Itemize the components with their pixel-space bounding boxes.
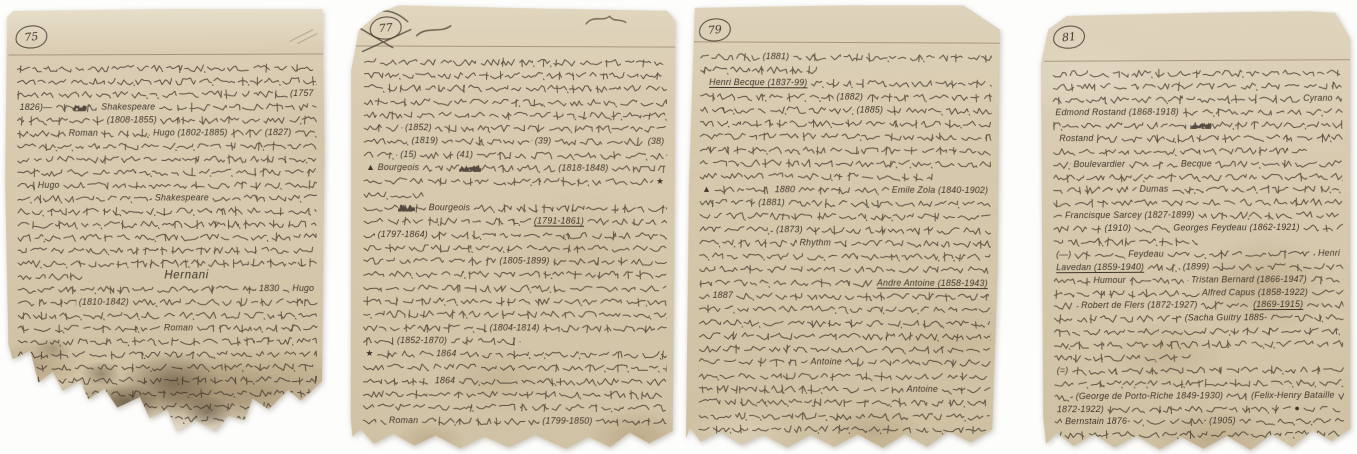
handwriting-scribble [363, 81, 667, 94]
handwriting-scribble [1311, 285, 1343, 297]
handwriting-scribble [698, 381, 903, 394]
handwriting-scribble [1212, 259, 1343, 272]
handwriting-scribble [231, 125, 262, 137]
manuscript-page-77: 77(1852)(1819)(39)(38)(15)(41)▲ Bourgeoi… [349, 3, 677, 450]
handwriting-line: Andre Antoine (1858-1943) [699, 274, 991, 289]
handwriting-scribble [1128, 157, 1178, 169]
text-fragment: (1799-1850) [539, 415, 595, 425]
ink-blot-strikethrough [72, 101, 86, 111]
handwriting-scribble [441, 134, 532, 146]
handwriting-scribble [16, 60, 316, 73]
handwriting-scribble [1182, 104, 1343, 117]
handwriting-line: (1810-1842) [17, 293, 317, 307]
handwriting-line: Francisque Sarcey (1827-1899) [1053, 207, 1343, 221]
text-fragment: (1805-1899) [496, 256, 552, 266]
handwriting-line: Bourgeois [363, 200, 667, 214]
handwriting-scribble [132, 294, 317, 307]
text-fragment: (1869-1915) [1250, 299, 1306, 309]
handwriting-scribble [18, 398, 318, 411]
handwriting-scribble [1270, 311, 1343, 323]
handwriting-line [1054, 336, 1344, 350]
handwriting-line: (Sacha Guitry 1885- [1053, 310, 1343, 324]
handwriting-scribble [435, 121, 668, 134]
handwriting-scribble [363, 200, 398, 212]
blank-gap [82, 269, 160, 281]
handwriting-scribble [55, 100, 72, 112]
handwriting-scribble [699, 115, 991, 128]
handwriting-scribble [364, 54, 668, 67]
handwriting-scribble [420, 147, 454, 159]
text-fragment: (1852-1870) [394, 335, 450, 345]
handwriting-scribble [845, 355, 991, 368]
handwriting-scribble [17, 86, 288, 99]
handwriting-scribble [17, 164, 317, 177]
handwriting-scribble [17, 269, 82, 281]
handwriting-scribble [16, 73, 316, 86]
handwriting-scribble [1053, 286, 1199, 299]
handwriting-line: Edmond Rostand (1868-1918) [1052, 104, 1342, 118]
handwriting-line [363, 186, 424, 200]
handwriting-scribble [1134, 221, 1170, 233]
handwriting-scribble [18, 411, 318, 424]
text-fragment: (1791-1861) [531, 216, 587, 226]
handwriting-line [1053, 234, 1198, 248]
handwriting-scribble [362, 360, 666, 373]
text-fragment: Hugo [35, 179, 63, 189]
handwriting-scribble [415, 201, 426, 213]
handwriting-scribble [806, 222, 991, 235]
handwriting-line [1053, 143, 1308, 157]
handwriting-scribble [17, 178, 35, 190]
handwriting-line [699, 115, 991, 130]
text-fragment: (1881) [755, 197, 788, 207]
handwriting-scribble [17, 191, 152, 203]
handwriting-scribble [17, 126, 66, 138]
handwriting-scribble [810, 76, 991, 89]
handwriting-line [1054, 375, 1344, 389]
handwriting-scribble [699, 302, 991, 315]
handwriting-line [699, 261, 991, 276]
handwriting-scribble [1306, 298, 1343, 310]
handwriting-line: Roman(1799-1850) [362, 412, 666, 426]
text-fragment: Bourgeois [426, 202, 473, 212]
handwriting-scribble [431, 227, 667, 240]
handwriting-scribble [699, 209, 991, 222]
handwriting-line: 1864 [362, 373, 666, 387]
handwriting-line: (1910)Georges Feydeau (1862-1921) [1053, 220, 1343, 234]
handwriting-line [363, 280, 667, 294]
handwriting-scribble [1197, 207, 1342, 220]
handwriting-scribble [1053, 311, 1181, 324]
handwriting-scribble [363, 267, 667, 280]
handwriting-scribble [699, 315, 991, 328]
handwriting-scribble [363, 320, 487, 332]
handwriting-line: (1791-1861) [363, 213, 667, 227]
handwriting-scribble [363, 187, 424, 199]
text-fragment: (1881) [760, 51, 793, 61]
handwriting-scribble [698, 368, 990, 381]
handwriting-scribble [1053, 299, 1078, 311]
handwriting-scribble [363, 280, 667, 293]
handwriting-line [363, 293, 667, 307]
handwriting-line [1052, 78, 1342, 92]
handwriting-line: Rhythm [699, 235, 991, 250]
handwriting-line: Henri Becque (1837-99) [700, 75, 992, 90]
page-number-badge: 77 [369, 15, 403, 41]
text-fragment: Rostand [1056, 133, 1096, 143]
handwriting-scribble [587, 214, 667, 226]
handwriting-line: (1881) [700, 48, 992, 63]
text-fragment: Shakespeare [152, 192, 212, 202]
handwriting-scribble [294, 125, 316, 137]
handwriting-line [698, 394, 990, 409]
handwriting-line: Shakespeare [17, 189, 317, 203]
text-fragment: Henri [1315, 248, 1343, 258]
text-fragment: Georges Feydeau (1862-1921) [1170, 222, 1302, 233]
handwriting-scribble [834, 236, 991, 249]
manuscript-page-81: 81CyranoEdmond Rostand (1868-1918)Rostan… [1039, 9, 1353, 453]
text-fragment: ★ [653, 176, 667, 187]
handwriting-scribble [699, 222, 773, 234]
handwriting-line [17, 228, 317, 242]
text-fragment: (1910) [1101, 223, 1134, 233]
handwriting-line [17, 332, 317, 346]
handwriting-scribble [17, 229, 317, 242]
handwriting-line [699, 141, 991, 156]
text-fragment: (1797-1864) [375, 229, 431, 239]
text-fragment: (41) [454, 149, 476, 159]
handwriting-line [364, 67, 668, 81]
text-fragment: (1810-1842) [76, 296, 132, 306]
handwriting-scribble [17, 138, 317, 151]
header-rule [356, 45, 677, 47]
handwriting-scribble [698, 355, 807, 367]
handwriting-line: BoulevardierBecque [1053, 155, 1343, 169]
handwriting-scribble [1338, 388, 1344, 400]
handwriting-scribble [1052, 92, 1300, 105]
handwriting-scribble [700, 62, 823, 75]
handwriting-scribble [1096, 130, 1342, 143]
handwriting-scribble [792, 49, 992, 62]
handwriting-scribble [1053, 273, 1090, 285]
handwriting-scribble [1303, 220, 1343, 232]
text-fragment: (1882) [833, 91, 866, 101]
handwriting-scribble [1053, 143, 1308, 156]
handwriting-line [17, 241, 317, 255]
handwriting-scribble [1053, 157, 1071, 169]
handwriting-line [18, 384, 318, 398]
handwriting-scribble [1054, 415, 1062, 427]
handwriting-line [17, 254, 317, 268]
handwriting-scribble [1303, 401, 1344, 413]
handwriting-scribble [377, 347, 434, 359]
handwriting-scribble [363, 227, 375, 239]
handwriting-line [363, 107, 667, 121]
text-fragment: Boulevardier [1070, 159, 1128, 169]
handwriting-scribble [363, 147, 397, 159]
handwriting-line: Cyrano [1052, 91, 1342, 105]
handwriting-scribble [788, 196, 991, 209]
handwriting-line: (1852) [363, 120, 667, 134]
handwriting-scribble [362, 387, 666, 400]
text-fragment: Shakespeare [98, 101, 158, 111]
handwriting-line: (1882) [700, 88, 992, 103]
handwriting-scribble [700, 49, 760, 61]
handwriting-line: (1852-1870) [363, 333, 521, 347]
handwriting-line: ★ [363, 173, 667, 187]
handwriting-line [698, 421, 990, 436]
handwriting-scribble [363, 121, 402, 133]
handwriting-line [699, 168, 933, 182]
text-fragment: (1885) [853, 104, 886, 114]
handwriting-line: (1819)(39)(38) [363, 133, 667, 147]
page-wrap-75: 75(17571826)—Shakespeare(1808-1855)Roman… [3, 7, 326, 433]
handwriting-line: (—)FeydeauHenri [1053, 246, 1343, 260]
handwriting-scribble [1054, 375, 1344, 389]
handwriting-line: 1826)—Shakespeare [17, 98, 317, 112]
handwriting-scribble [866, 90, 992, 103]
handwriting-line: Lavedan (1859-1940)(1899) [1053, 259, 1343, 273]
handwriting-scribble [1053, 209, 1062, 221]
handwriting-scribble [1107, 401, 1292, 414]
handwriting-line [363, 306, 667, 320]
text-fragment: Antoine [808, 357, 845, 367]
text-fragment: Becque [1178, 158, 1215, 168]
handwriting-line [1053, 323, 1343, 337]
text-fragment: Emile Zola (1840-1902) [889, 184, 991, 194]
handwriting-line [1054, 426, 1344, 440]
page-wrap-79: 79(1881)Henri Becque (1837-99)(1882)(188… [685, 3, 1001, 450]
handwriting-scribble [212, 190, 317, 202]
text-fragment: ● [1291, 403, 1303, 413]
handwriting-scribble [1053, 234, 1198, 247]
handwriting-scribble [1071, 362, 1343, 375]
handwriting-scribble [363, 293, 667, 306]
text-fragment: Alfred Capus (1858-1922) [1199, 286, 1311, 297]
handwriting-scribble [476, 148, 667, 161]
handwriting-scribble [699, 275, 874, 288]
text-fragment: Roman [386, 415, 421, 425]
text-fragment: Lavedan (1859-1940) [1053, 262, 1147, 272]
text-fragment: ▲ [699, 183, 714, 193]
text-fragment: 1864 [432, 375, 458, 385]
handwriting-scribble [160, 112, 317, 125]
handwriting-scribble [941, 382, 990, 394]
handwriting-scribble [1171, 182, 1342, 195]
handwriting-scribble [17, 346, 317, 359]
handwriting-scribble [699, 142, 991, 155]
handwriting-line: (1873) [699, 221, 991, 236]
handwriting-scribble [17, 295, 76, 307]
text-fragment: (—) [1053, 249, 1074, 259]
handwriting-scribble [362, 373, 431, 385]
handwriting-line [362, 359, 666, 373]
manuscript-photo: 75(17571826)—Shakespeare(1808-1855)Roman… [0, 0, 1357, 454]
handwriting-scribble [1054, 350, 1193, 363]
text-fragment: (1819) [409, 136, 442, 146]
handwriting-scribble [1054, 336, 1344, 350]
handwriting-line: (1808-1855) [17, 111, 317, 125]
handwriting-scribble [473, 201, 667, 214]
handwriting-scribble [17, 281, 256, 294]
handwriting-line [17, 215, 317, 229]
text-fragment: 1872-1922) [1054, 404, 1107, 414]
handwriting-scribble [736, 289, 991, 302]
handwriting-line: Dumas [1053, 181, 1343, 195]
page-number-badge: 75 [14, 24, 48, 50]
handwriting-scribble [1310, 272, 1343, 284]
handwriting-line [699, 208, 991, 223]
handwriting-line [1053, 194, 1343, 208]
text-fragment: 1864 [433, 348, 459, 358]
text-fragment: Roman [161, 322, 196, 332]
text-fragment: (Sacha Guitry 1885- [1182, 312, 1271, 322]
handwriting-lines: (1852)(1819)(39)(38)(15)(41)▲ Bourgeois(… [362, 53, 667, 426]
handwriting-scribble [363, 214, 531, 227]
handwriting-scribble [1336, 91, 1343, 103]
handwriting-line: (1804-1814) [363, 319, 667, 333]
text-fragment: Cyrano [1300, 93, 1336, 103]
handwriting-scribble [886, 103, 991, 115]
handwriting-scribble [1129, 273, 1188, 285]
handwriting-scribble [1054, 389, 1073, 401]
text-fragment: (39) [532, 136, 554, 146]
handwriting-line [17, 163, 317, 177]
handwriting-line [16, 59, 316, 73]
handwriting-line [17, 345, 317, 359]
handwriting-scribble [1053, 195, 1343, 209]
handwriting-scribble [1147, 260, 1180, 272]
text-fragment: Feydeau [1125, 249, 1167, 259]
handwriting-line: (=) [1054, 362, 1344, 376]
text-fragment: Edmond Rostand (1868-1918) [1052, 107, 1182, 118]
text-fragment: (1818-1848) [555, 163, 611, 173]
manuscript-page-79: 79(1881)Henri Becque (1837-99)(1882)(188… [685, 3, 1001, 450]
text-fragment: Hugo [289, 282, 317, 292]
handwriting-scribble [698, 395, 990, 408]
blank-gap [214, 268, 317, 280]
handwriting-line [17, 358, 317, 372]
handwriting-line: RomanHugo (1802-1885)(1827) [17, 124, 317, 138]
handwriting-line: Hernani [17, 267, 317, 281]
handwriting-scribble [63, 177, 317, 190]
text-fragment: (15) [397, 149, 419, 159]
handwriting-scribble [450, 334, 521, 346]
handwriting-scribble [1212, 117, 1343, 130]
handwriting-lines: CyranoEdmond Rostand (1868-1918)RostandB… [1052, 65, 1344, 440]
handwriting-scribble [17, 203, 317, 216]
handwriting-scribble [1054, 427, 1344, 441]
handwriting-scribble [1226, 388, 1248, 400]
header-rule [8, 53, 325, 55]
handwriting-line [699, 314, 991, 329]
handwriting-line: ▲1880Emile Zola (1840-1902) [699, 181, 991, 196]
text-fragment: Roman [66, 127, 101, 137]
text-fragment: (1808-1855) [104, 114, 160, 124]
handwriting-line [363, 80, 667, 94]
handwriting-scribble [595, 414, 666, 426]
handwriting-scribble [87, 100, 99, 112]
handwriting-scribble [18, 372, 318, 385]
handwriting-line: (15)(41) [363, 147, 667, 161]
handwriting-line: (1885) [699, 102, 991, 117]
handwriting-scribble [698, 421, 990, 434]
text-fragment: 1880 [772, 184, 798, 194]
handwriting-line [1053, 168, 1343, 182]
handwriting-scribble [458, 374, 666, 387]
handwriting-scribble [101, 126, 150, 138]
handwriting-scribble [714, 182, 772, 194]
handwriting-scribble [362, 413, 386, 425]
handwriting-scribble [1167, 246, 1315, 259]
handwriting-line [698, 367, 990, 382]
manuscript-page-75: 75(17571826)—Shakespeare(1808-1855)Roman… [3, 7, 326, 433]
handwriting-line [17, 150, 317, 164]
handwriting-scribble [699, 155, 991, 168]
text-fragment: Humour [1090, 275, 1129, 285]
handwriting-line: Hugo [17, 176, 317, 190]
text-fragment: (1873) [773, 224, 806, 234]
handwriting-scribble [699, 102, 853, 115]
handwriting-line [699, 301, 991, 316]
handwriting-scribble [364, 67, 668, 80]
handwriting-line [1052, 117, 1342, 131]
handwriting-line [363, 240, 667, 254]
handwriting-line: ★1864 [363, 346, 667, 360]
text-fragment: Francisque Sarcey (1827-1899) [1062, 210, 1198, 221]
handwriting-line: Antoine [698, 381, 990, 396]
handwriting-scribble [363, 94, 667, 107]
handwriting-scribble [421, 413, 539, 425]
handwriting-scribble [363, 254, 497, 266]
text-fragment: Antoine [904, 384, 941, 394]
text-fragment: Robert de Flers (1872-1927) [1078, 300, 1200, 311]
handwriting-scribble [1053, 169, 1343, 183]
handwriting-line [1052, 65, 1342, 79]
handwriting-scribble [699, 129, 991, 142]
ink-blot-strikethrough [398, 202, 415, 212]
header-rule [1044, 59, 1351, 62]
handwriting-scribble [1052, 66, 1342, 80]
handwriting-line [699, 128, 991, 143]
handwriting-scribble [798, 182, 889, 194]
handwriting-scribble [17, 321, 161, 334]
handwriting-line [363, 266, 667, 280]
handwriting-scribble [554, 135, 645, 147]
text-fragment: (38) [645, 136, 667, 146]
handwriting-scribble [363, 333, 394, 345]
text-fragment: (1827) [262, 127, 295, 137]
handwriting-line [363, 93, 667, 107]
handwriting-scribble [158, 99, 316, 112]
handwriting-scribble [17, 333, 317, 346]
handwriting-scribble [422, 161, 459, 173]
handwriting-scribble [699, 248, 991, 261]
text-fragment: (=) [1054, 365, 1072, 375]
handwriting-scribble [699, 328, 991, 341]
handwriting-scribble [1133, 414, 1206, 426]
handwriting-scribble [1053, 183, 1137, 195]
handwriting-scribble [363, 240, 667, 253]
text-fragment: (1757 [287, 87, 317, 97]
handwriting-line [362, 399, 666, 413]
text-fragment: 1830 [256, 283, 282, 293]
handwriting-scribble [363, 107, 667, 120]
handwriting-scribble [699, 169, 933, 182]
text-fragment: (George de Porto-Riche 1849-1930) [1073, 390, 1226, 401]
handwriting-scribble [1215, 156, 1343, 169]
text-fragment: Dumas [1137, 184, 1172, 194]
